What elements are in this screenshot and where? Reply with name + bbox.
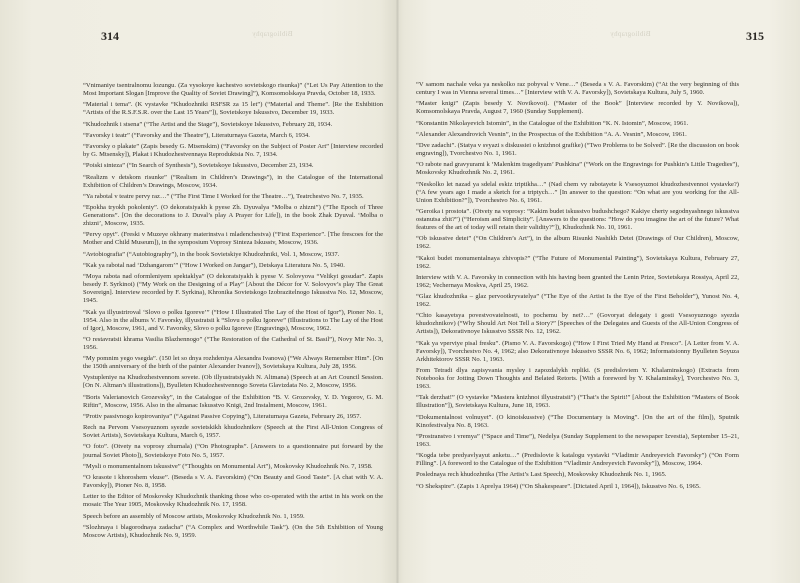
- bibliography-entry: Interview with V. A. Favorsky in connect…: [416, 274, 739, 290]
- bibliography-entry: “Favorsky i teatr” (“Favorsky and the Th…: [83, 132, 383, 140]
- bibliography-entry: “Kakoi budet monumentalnaya zhivopis?” (…: [416, 255, 739, 271]
- bibliography-entry: Rech na Pervom Vsesoyuznom syezde soviet…: [83, 424, 383, 440]
- bibliography-entry: “Kogda tebe predyavlyayut anketu…” (Pred…: [416, 452, 739, 468]
- page-number: 314: [101, 29, 119, 44]
- page-number: 315: [746, 29, 764, 44]
- bibliography-entry: “Tak derzhat!” (O vystavke “Mastera kniz…: [416, 394, 739, 410]
- bibliography-entry: “Prostranstvo i vremya” (“Space and Time…: [416, 433, 739, 449]
- bibliography-entry: “Glaz khudozhnika – glaz pervootkryvatel…: [416, 293, 739, 309]
- bibliography-entry: “Avtobiografia” (“Autobiography”), in th…: [83, 251, 383, 259]
- bibliography-list: “Vnimaniye tsentralnomu lozungu. (Za vys…: [83, 82, 383, 543]
- bibliography-entry: From Tetradi dlya zapisyvania mysley i z…: [416, 367, 739, 391]
- bibliography-entry: “Kak ya vperviye pisal fresku”. (Pismo V…: [416, 340, 739, 364]
- bibliography-entry: Speech before an assembly of Moscow arti…: [83, 513, 383, 521]
- left-page: 314 Bibliography “Vnimaniye tsentralnomu…: [0, 0, 398, 583]
- bibliography-entry: “Neskolko let nazad ya sdelal eskiz trip…: [416, 181, 739, 205]
- bibliography-entry: “O restavratsii khrama Vasilia Blazhenno…: [83, 336, 383, 352]
- bibliography-entry: “V samom nachale veka ya neskolko raz po…: [416, 81, 739, 97]
- bleed-through-heading: Bibliography: [252, 30, 293, 38]
- bibliography-list: “V samom nachale veka ya neskolko raz po…: [416, 81, 739, 494]
- bibliography-entry: “Moya rabota nad oformleniyem spektaklya…: [83, 273, 383, 305]
- bibliography-entry: “Slozhnaya i blagorodnaya zadacha” (“A C…: [83, 524, 383, 540]
- bibliography-entry: “Geroika i prostota”. (Otvety na voprosy…: [416, 208, 739, 232]
- bibliography-entry: “Favorsky o plakate” (Zapis besedy G. Mt…: [83, 143, 383, 159]
- bibliography-entry: “Material i tema”. (K vystavke “Khudozhn…: [83, 101, 383, 117]
- bibliography-entry: “Pervy opyt”. (Freski v Muzeye okhrany m…: [83, 231, 383, 247]
- bleed-through-heading: Bibliography: [610, 30, 651, 38]
- bibliography-entry: Vystupleniye na Khudozhestvennom sovete.…: [83, 374, 383, 390]
- bibliography-entry: “O Shekspire”. (Zapis 1 Aprelya 1964) (“…: [416, 483, 739, 491]
- bibliography-entry: “Chto kasayetsya povestvovatelnosti, to …: [416, 312, 739, 336]
- bibliography-entry: “My pomnim yego vsegda”. (150 let so dny…: [83, 355, 383, 371]
- bibliography-entry: “Mysli o monumentalnom iskusstve” (“Thou…: [83, 463, 383, 471]
- bibliography-entry: “Kak ya illyustriroval ‘Slovo o polku Ig…: [83, 309, 383, 333]
- bibliography-entry: “Ya rabotal v teatre pervy raz…” (“The F…: [83, 193, 383, 201]
- bibliography-entry: “Epokha tryokh pokoleniy”. (O dekoratsiy…: [83, 204, 383, 228]
- bibliography-entry: “Master knigi” (Zapis besedy Y. Novikovo…: [416, 100, 739, 116]
- bibliography-entry: “Boris Valerianovich Grozevsky”, in the …: [83, 394, 383, 410]
- bibliography-entry: “Kak ya rabotal nad ‘Dzhangarom’” (“How …: [83, 262, 383, 270]
- bibliography-entry: “Poiski sinteza” (“In Search of Synthesi…: [83, 162, 383, 170]
- bibliography-entry: “Dve zadachi”. (Statya v svyazi s diskus…: [416, 142, 739, 158]
- bibliography-entry: “O rabote nad gravyurami k ‘Malenkim tra…: [416, 161, 739, 177]
- bibliography-entry: “Konstantin Nikolayevich Istomin”, in th…: [416, 120, 739, 128]
- bibliography-entry: “Ob iskusstve detei” (“On Children’s Art…: [416, 235, 739, 251]
- bibliography-entry: Poslednaya rech khudozhnika (The Artist’…: [416, 471, 739, 479]
- book-spread: 314 Bibliography “Vnimaniye tsentralnomu…: [0, 0, 800, 583]
- bibliography-entry: “Vnimaniye tsentralnomu lozungu. (Za vys…: [83, 82, 383, 98]
- bibliography-entry: Letter to the Editor of Moskovsky Khudoz…: [83, 493, 383, 509]
- bibliography-entry: “Khudozhnik i stsena” (“The Artist and t…: [83, 121, 383, 129]
- bibliography-entry: “Dokumentalnost volnuyet”. (O kinoiskuss…: [416, 414, 739, 430]
- right-page: 315 Bibliography “V samom nachale veka y…: [400, 0, 800, 583]
- bibliography-entry: “Realizm v detskom risunke” (“Realism in…: [83, 174, 383, 190]
- bibliography-entry: “O krasote i khoroshem vkuse”. (Beseda s…: [83, 474, 383, 490]
- bibliography-entry: “Protiv passivnogo kopirovaniya” (“Again…: [83, 413, 383, 421]
- bibliography-entry: “Alexander Alexandrovich Vesnin”, in the…: [416, 131, 739, 139]
- bibliography-entry: “O foto”. (Otvety na voprosy zhurnala) (…: [83, 443, 383, 459]
